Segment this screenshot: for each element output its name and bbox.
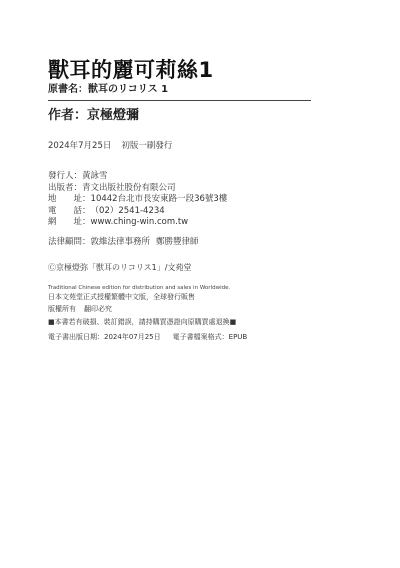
rights-chinese: 日本文苑堂正式授權繁體中文版，全球發行販售: [48, 293, 195, 302]
address-value: 10442台北市長安東路一段36號3樓: [91, 194, 228, 204]
no-reproduction: 翻印必究: [84, 305, 112, 313]
return-notice: ■本書若有破損、裝訂錯誤，請持購買憑證向原購買處退換■: [48, 318, 236, 327]
copyright-notice: Ⓒ京極燈弥「獣耳のリコリス1」/文苑堂: [48, 263, 191, 273]
publisher-row-website: 網址：www.ching-win.com.tw: [48, 217, 227, 229]
book-title: 獸耳的麗可莉絲1: [48, 58, 214, 82]
publisher-row-publisher: 出版者：青文出版社股份有限公司: [48, 183, 227, 195]
phone-value: （02）2541-4234: [91, 206, 165, 216]
publisher-row-issuer: 發行人：黃詠雪: [48, 171, 227, 183]
phone-label-b: 話：: [74, 206, 91, 216]
website-label-a: 網: [48, 217, 57, 227]
issuer-label: 發行人：: [48, 171, 82, 183]
publisher-label: 出版者：: [48, 183, 82, 195]
ebook-date: 電子書出版日期：2024年07月25日: [48, 333, 161, 341]
phone-label-a: 電: [48, 206, 57, 216]
website-value: www.ching-win.com.tw: [91, 217, 189, 227]
ebook-format: 電子書檔案格式：EPUB: [173, 333, 248, 341]
author: 作者：京極燈彌: [48, 108, 139, 124]
legal-counsel: 法律顧問：敦維法律事務所鄭勝豐律師: [48, 237, 199, 248]
publication-date: 2024年7月25日: [48, 141, 111, 151]
publisher-row-address: 地址：10442台北市長安東路一段36號3樓: [48, 194, 227, 206]
legal-label: 法律顧問：: [48, 237, 91, 247]
lawyer: 鄭勝豐律師: [156, 237, 199, 247]
publisher-value: 青文出版社股份有限公司: [82, 183, 176, 193]
issuer-value: 黃詠雪: [82, 171, 108, 181]
publisher-row-phone: 電話：（02）2541-4234: [48, 206, 227, 218]
all-rights-reserved: 版權所有: [48, 305, 76, 313]
copyright-page: 獸耳的麗可莉絲1 原書名：獣耳のリコリス 1 作者：京極燈彌 2024年7月25…: [0, 0, 400, 568]
publisher-info: 發行人：黃詠雪 出版者：青文出版社股份有限公司 地址：10442台北市長安東路一…: [48, 171, 227, 229]
address-label-b: 址：: [74, 194, 91, 204]
law-firm: 敦維法律事務所: [91, 237, 151, 247]
edition: 初版一刷發行: [121, 141, 172, 151]
website-label-b: 址：: [74, 217, 91, 227]
ebook-info: 電子書出版日期：2024年07月25日電子書檔案格式：EPUB: [48, 333, 247, 342]
rights-english: Traditional Chinese edition for distribu…: [48, 285, 230, 292]
original-title: 原書名：獣耳のリコリス 1: [48, 84, 168, 96]
rights-reserved: 版權所有翻印必究: [48, 305, 112, 314]
title-divider: [48, 100, 311, 101]
address-label-a: 地: [48, 194, 57, 204]
publication-info: 2024年7月25日初版一刷發行: [48, 141, 172, 152]
